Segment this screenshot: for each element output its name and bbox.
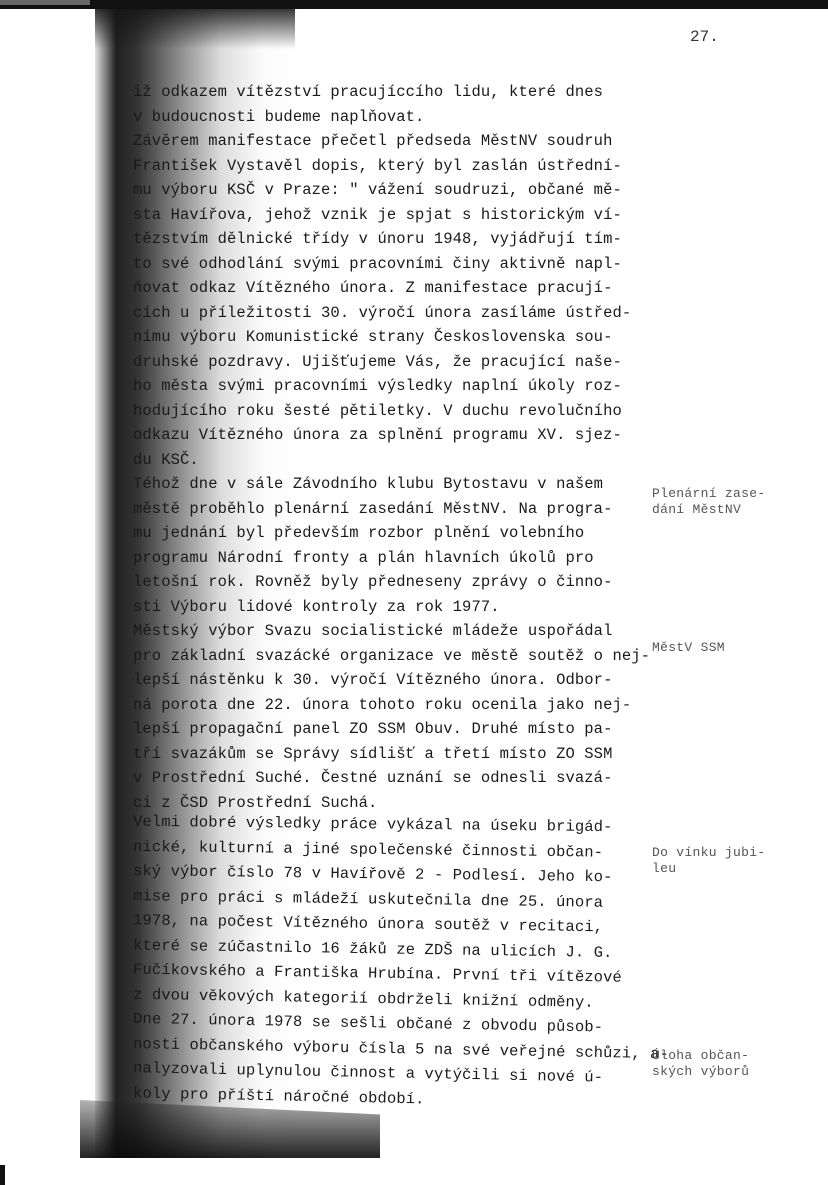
text-line: v budoucnosti budeme naplňovat. <box>133 105 653 130</box>
text-line: tězstvím dělnické třídy v únoru 1948, vy… <box>133 227 653 252</box>
text-line: Téhož dne v sále Závodního klubu Bytosta… <box>133 472 653 497</box>
typed-body-text: iž odkazem vítězství pracujíccího lidu, … <box>133 80 653 1109</box>
text-line: Městský výbor Svazu socialistické mládež… <box>133 619 653 644</box>
margin-note-plenary-session: Plenární zase- dání MěstNV <box>652 486 765 518</box>
text-line: to své odhodlání svými pracovními činy a… <box>133 252 653 277</box>
text-line: lepší nástěnku k 30. výročí Vítězného ún… <box>133 668 653 693</box>
text-line: městě proběhlo plenární zasedání MěstNV.… <box>133 497 653 522</box>
text-line: ňovat odkaz Vítězného února. Z manifesta… <box>133 276 653 301</box>
scan-top-edge <box>0 0 828 9</box>
text-line: sti Výboru lidové kontroly za rok 1977. <box>133 595 653 620</box>
text-line: nímu výboru Komunistické strany Českoslo… <box>133 325 653 350</box>
text-line: druhské pozdravy. Ujišťujeme Vás, že pra… <box>133 350 653 375</box>
text-line: pro základní svazácké organizace ve měst… <box>133 644 653 669</box>
text-line: programu Národní fronty a plán hlavních … <box>133 546 653 571</box>
text-line: sta Havířova, jehož vznik je spjat s his… <box>133 203 653 228</box>
scan-top-edge-highlight <box>0 0 90 5</box>
margin-note-ssm: MěstV SSM <box>652 640 725 656</box>
text-line: letošní rok. Rovněž byly předneseny zprá… <box>133 570 653 595</box>
text-line: mu jednání byl především rozbor plnění v… <box>133 521 653 546</box>
margin-note-jubilee: Do vínku jubi- leu <box>652 845 765 877</box>
text-line: Závěrem manifestace přečetl předseda Měs… <box>133 129 653 154</box>
text-line: cích u příležitosti 30. výročí února zas… <box>133 301 653 326</box>
page-number: 27. <box>690 28 719 46</box>
text-line: v Prostřední Suché. Čestné uznání se odn… <box>133 766 653 791</box>
text-line: tří svazákům se Správy sídlišť a třetí m… <box>133 742 653 767</box>
text-line: lepší propagační panel ZO SSM Obuv. Druh… <box>133 717 653 742</box>
scan-bottom-margin <box>0 1158 828 1185</box>
text-line: František Vystavěl dopis, který byl zasl… <box>133 154 653 179</box>
text-line: du KSČ. <box>133 448 653 473</box>
text-line: odkazu Vítězného února za splnění progra… <box>133 423 653 448</box>
text-line: mu výboru KSČ v Praze: " vážení soudruzi… <box>133 178 653 203</box>
binding-shadow-top <box>95 9 295 49</box>
scan-edge-mark <box>0 1165 5 1185</box>
text-line: hodujícího roku šesté pětiletky. V duchu… <box>133 399 653 424</box>
text-line: ho města svými pracovními výsledky napln… <box>133 374 653 399</box>
text-line: iž odkazem vítězství pracujíccího lidu, … <box>133 80 653 105</box>
text-line: ná porota dne 22. února tohoto roku ocen… <box>133 693 653 718</box>
margin-note-civic-committees: Úloha občan- ských výborů <box>652 1048 749 1080</box>
